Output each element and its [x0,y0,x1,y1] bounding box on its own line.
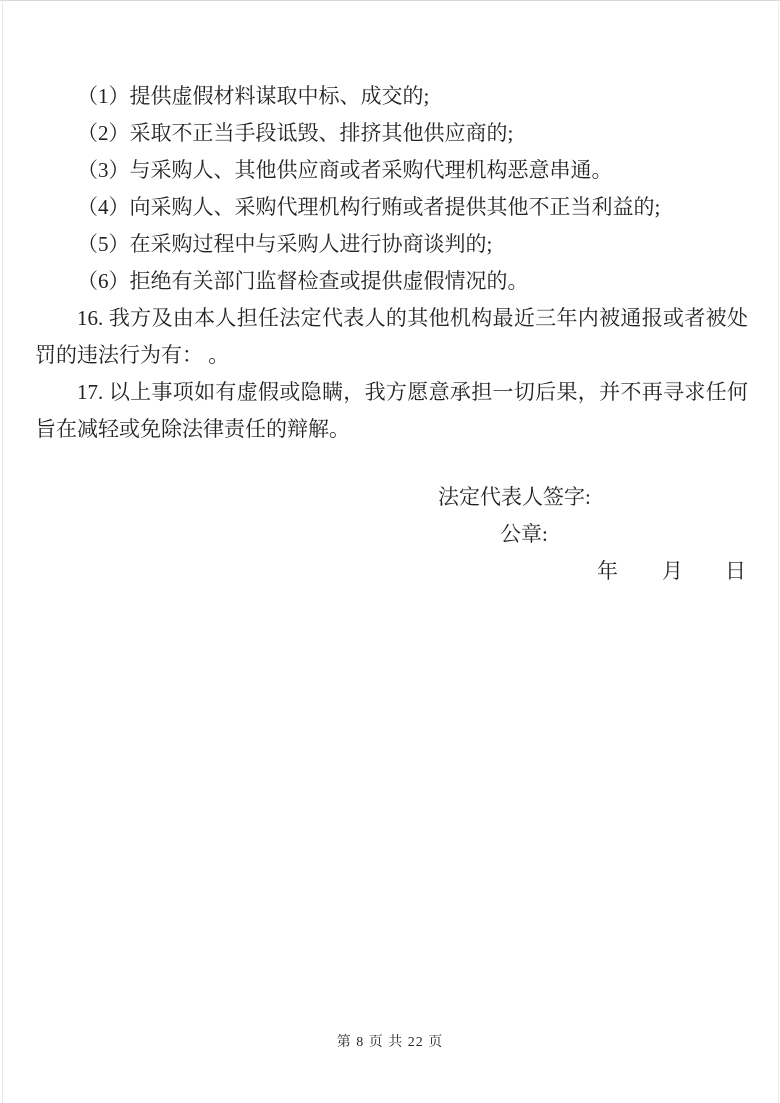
legal-rep-signature-label: 法定代表人签字: [438,479,748,516]
list-item-2: （2）采取不正当手段诋毁、排挤其他供应商的; [35,115,748,152]
list-item-6: （6）拒绝有关部门监督检查或提供虚假情况的。 [35,263,748,300]
list-item-4: （4）向采购人、采购代理机构行贿或者提供其他不正当利益的; [35,189,748,226]
scan-edge-right [778,0,779,1103]
month-label: 月 [662,553,683,590]
page-body: （1）提供虚假材料谋取中标、成交的; （2）采取不正当手段诋毁、排挤其他供应商的… [35,78,748,590]
official-seal-label: 公章: [500,516,748,553]
signature-block: 法定代表人签字: 公章: 年月日 [35,479,748,590]
year-label: 年 [597,553,618,590]
scan-edge-top [0,0,780,1]
document-page: { "document": { "items": [ "（1）提供虚假材料谋取中… [0,0,780,1103]
clause-16: 16. 我方及由本人担任法定代表人的其他机构最近三年内被通报或者被处罚的违法行为… [35,300,748,374]
page-number-footer: 第 8 页 共 22 页 [0,1034,780,1052]
scan-edge-left [2,0,3,1103]
list-item-1: （1）提供虚假材料谋取中标、成交的; [35,78,748,115]
list-item-3: （3）与采购人、其他供应商或者采购代理机构恶意串通。 [35,152,748,189]
date-line: 年月日 [597,553,748,590]
day-label: 日 [725,553,746,590]
list-item-5: （5）在采购过程中与采购人进行协商谈判的; [35,226,748,263]
clause-17: 17. 以上事项如有虚假或隐瞒，我方愿意承担一切后果，并不再寻求任何旨在减轻或免… [35,374,748,448]
